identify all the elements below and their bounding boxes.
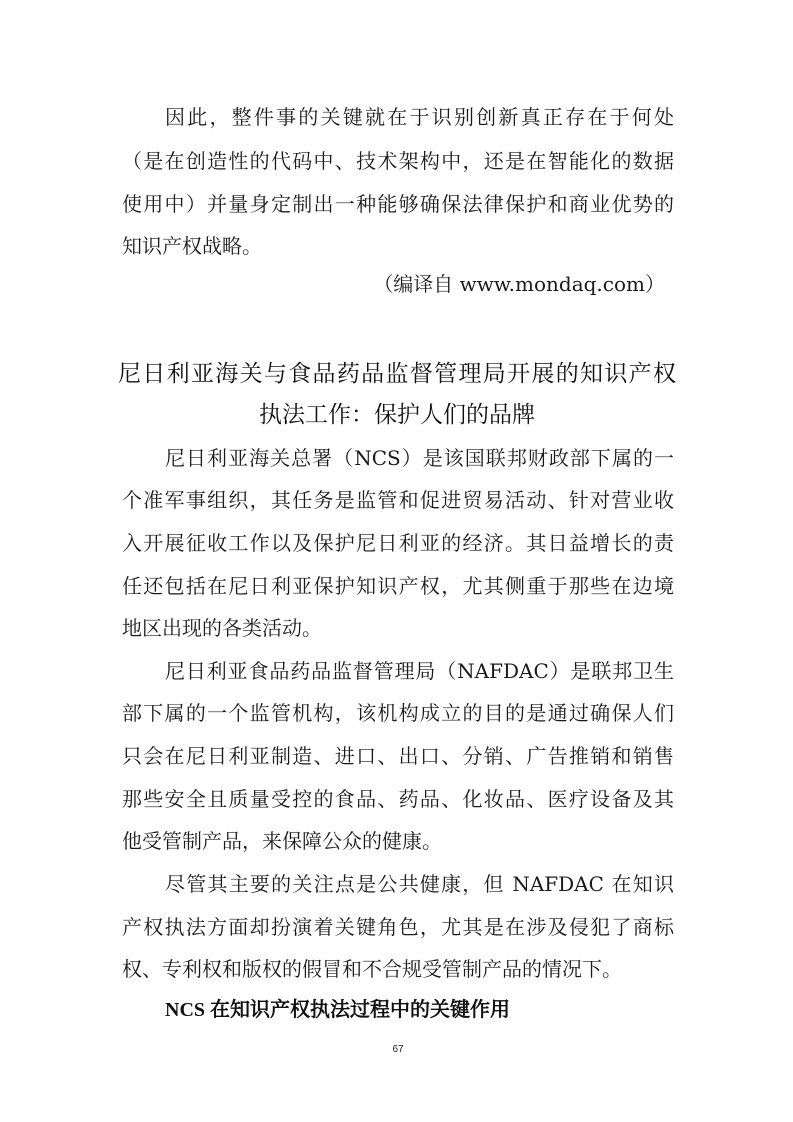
para2-line-4: 那些安全且质量受控的食品、药品、化妆品、医疗设备及其 xyxy=(122,784,674,814)
intro-line-1: 因此，整件事的关键就在于识别创新真正存在于何处 xyxy=(165,102,674,132)
para2-line-1: 尼日利亚食品药品监督管理局（NAFDAC）是联邦卫生 xyxy=(165,656,674,686)
para1-line-5: 地区出现的各类活动。 xyxy=(122,613,674,643)
para3-line-2: 产权执法方面却扮演着关键角色，尤其是在涉及侵犯了商标 xyxy=(122,912,674,942)
para3-line-1: 尽管其主要的关注点是公共健康，但 NAFDAC 在知识 xyxy=(165,869,674,899)
para2-line-2: 部下属的一个监管机构，该机构成立的目的是通过确保人们 xyxy=(122,698,674,728)
para2-line-3: 只会在尼日利亚制造、进口、出口、分销、广告推销和销售 xyxy=(122,741,674,771)
para1-line-3: 入开展征收工作以及保护尼日利亚的经济。其日益增长的责 xyxy=(122,528,674,558)
source-note: （编译自 www.mondaq.com） xyxy=(122,269,665,299)
para1-line-2: 个准军事组织，其任务是监管和促进贸易活动、针对营业收 xyxy=(122,485,674,515)
para2-line-5: 他受管制产品，来保障公众的健康。 xyxy=(122,826,674,856)
para1-line-4: 任还包括在尼日利亚保护知识产权，尤其侧重于那些在边境 xyxy=(122,571,674,601)
article-title-line-2: 执法工作：保护人们的品牌 xyxy=(118,398,676,432)
article-title-line-1: 尼日利亚海关与食品药品监督管理局开展的知识产权 xyxy=(118,357,676,391)
section-subheading: NCS 在知识产权执法过程中的关键作用 xyxy=(165,995,510,1025)
document-page: 因此，整件事的关键就在于识别创新真正存在于何处 （是在创造性的代码中、技术架构中… xyxy=(0,0,793,1122)
para1-line-1: 尼日利亚海关总署（NCS）是该国联邦财政部下属的一 xyxy=(165,443,674,473)
intro-line-4: 知识产权战略。 xyxy=(122,231,674,261)
intro-line-2: （是在创造性的代码中、技术架构中，还是在智能化的数据 xyxy=(122,146,674,176)
para3-line-3: 权、专利权和版权的假冒和不合规受管制产品的情况下。 xyxy=(122,954,674,984)
page-number: 67 xyxy=(386,1044,410,1055)
intro-line-3: 使用中）并量身定制出一种能够确保法律保护和商业优势的 xyxy=(122,189,674,219)
